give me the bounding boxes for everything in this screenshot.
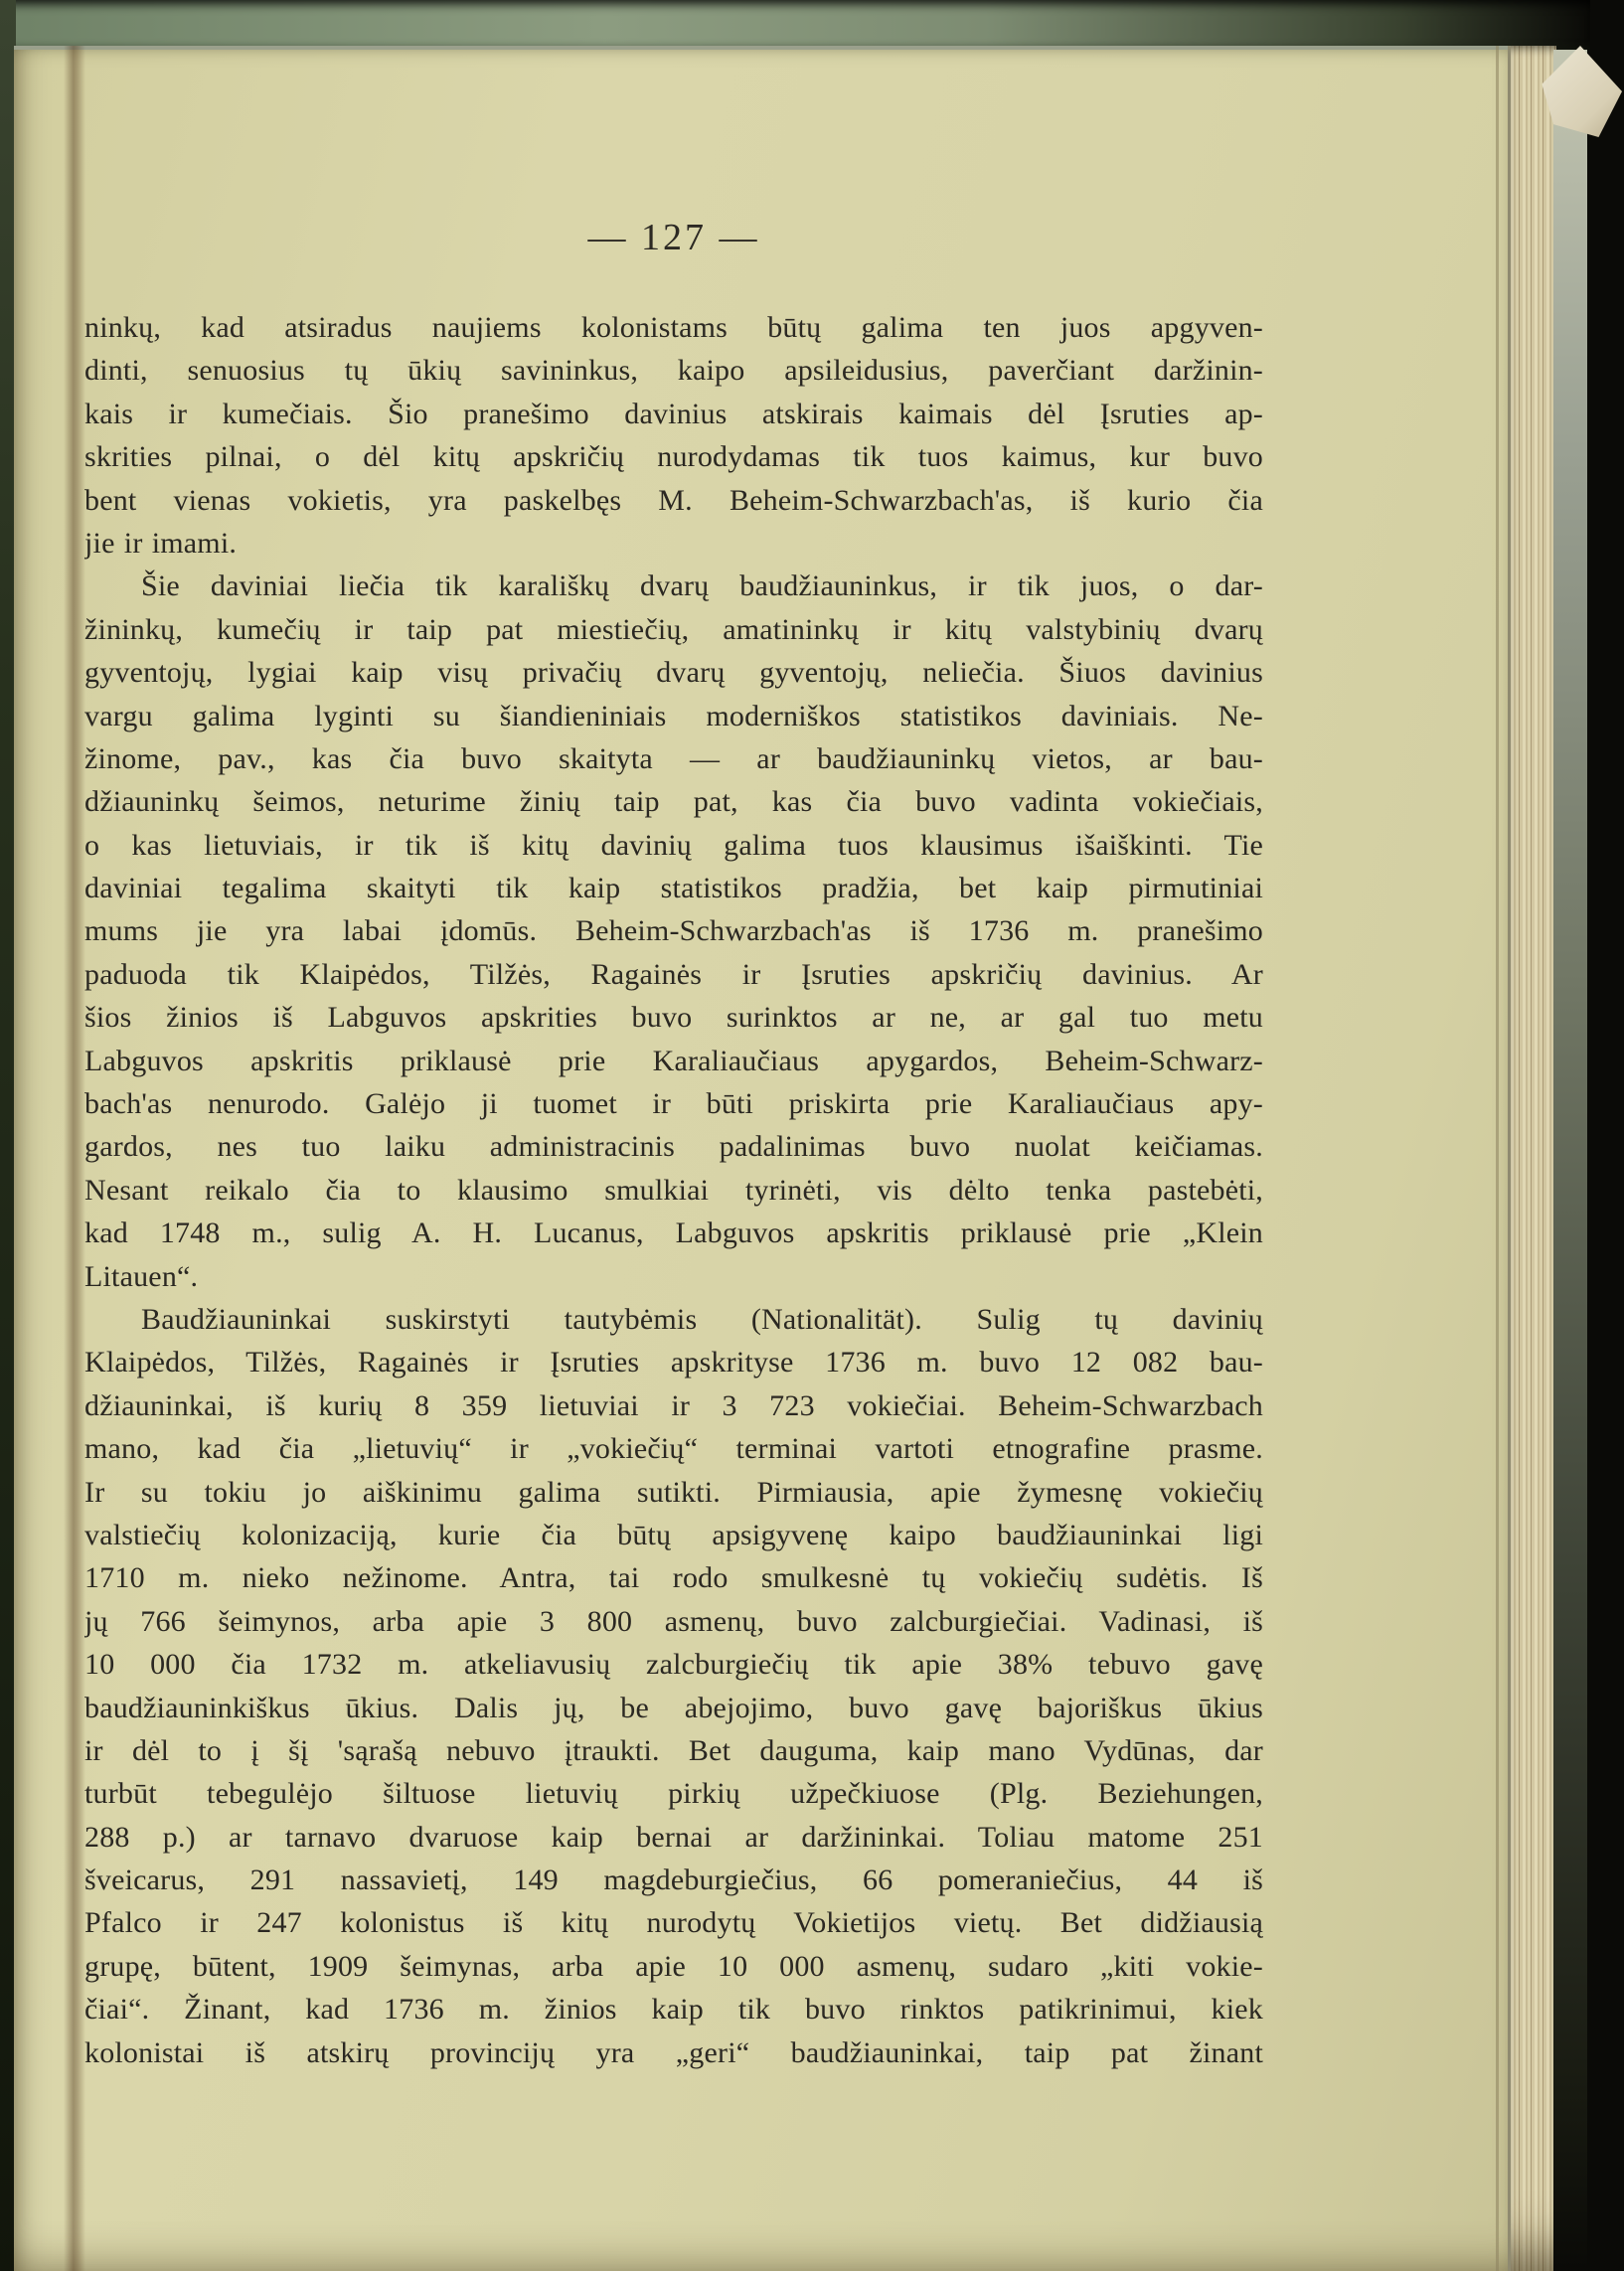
page-curve-line <box>1496 46 1499 2271</box>
text-line: ir dėl to į šį 'sąrašą nebuvo įtraukti. … <box>84 1729 1263 1772</box>
text-line: mano, kad čia „lietuvių“ ir „vokiečių“ t… <box>84 1427 1263 1470</box>
text-line: gyventojų, lygiai kaip visų privačių dva… <box>84 651 1263 694</box>
page-number: — 127 — <box>84 215 1263 260</box>
text-line: ninkų, kad atsiradus naujiems kolonistam… <box>84 306 1263 349</box>
gutter-shadow <box>64 46 85 2271</box>
text-line: Litauen“. <box>84 1255 1263 1298</box>
text-line: Labguvos apskritis priklausė prie Karali… <box>84 1040 1263 1082</box>
text-line: jie ir imami. <box>84 522 1263 565</box>
paragraph-2: Šie daviniai liečia tik karališkų dvarų … <box>84 565 1263 1298</box>
text-line: Šie daviniai liečia tik karališkų dvarų … <box>84 565 1263 607</box>
book-page: — 127 — ninkų, kad atsiradus naujiems ko… <box>14 46 1508 2271</box>
text-line: mums jie yra labai įdomūs. Beheim-Schwar… <box>84 909 1263 952</box>
text-line: Klaipėdos, Tilžės, Ragainės ir Įsruties … <box>84 1341 1263 1383</box>
text-line: kais ir kumečiais. Šio pranešimo daviniu… <box>84 393 1263 435</box>
text-line: valstiečių kolonizaciją, kurie čia būtų … <box>84 1514 1263 1556</box>
text-line: šios žinios iš Labguvos apskrities buvo … <box>84 996 1263 1039</box>
text-line: Pfalco ir 247 kolonistus iš kitų nurodyt… <box>84 1901 1263 1944</box>
text-line: kad 1748 m., sulig A. H. Lucanus, Labguv… <box>84 1212 1263 1254</box>
text-line: 288 p.) ar tarnavo dvaruose kaip bernai … <box>84 1816 1263 1859</box>
text-line: o kas lietuviais, ir tik iš kitų davinių… <box>84 824 1263 867</box>
book-cover-top-edge <box>0 0 1590 50</box>
text-line: paduoda tik Klaipėdos, Tilžės, Ragainės … <box>84 953 1263 996</box>
text-line: žininkų, kumečių ir taip pat miestiečių,… <box>84 608 1263 651</box>
book-scan: — 127 — ninkų, kad atsiradus naujiems ko… <box>0 0 1624 2271</box>
text-line: bent vienas vokietis, yra paskelbęs M. B… <box>84 479 1263 522</box>
text-line: kolonistai iš atskirų provincijų yra „ge… <box>84 2031 1263 2074</box>
text-line: Nesant reikalo čia to klausimo smulkiai … <box>84 1169 1263 1212</box>
text-line: 1710 m. nieko nežinome. Antra, tai rodo … <box>84 1556 1263 1599</box>
text-line: dinti, senuosius tų ūkių savininkus, kai… <box>84 349 1263 392</box>
text-line: skrities pilnai, o dėl kitų apskričių nu… <box>84 435 1263 478</box>
page-text: ninkų, kad atsiradus naujiems kolonistam… <box>84 306 1263 2074</box>
text-line: Ir su tokiu jo aiškinimu galima sutikti.… <box>84 1471 1263 1514</box>
text-line: gardos, nes tuo laiku administracinis pa… <box>84 1125 1263 1168</box>
text-line: čiai“. Žinant, kad 1736 m. žinios kaip t… <box>84 1988 1263 2030</box>
text-line: šveicarus, 291 nassavietį, 149 magdeburg… <box>84 1859 1263 1901</box>
text-line: bach'as nenurodo. Galėjo ji tuomet ir bū… <box>84 1082 1263 1125</box>
book-cover-right-edge <box>1553 50 1587 2271</box>
text-line: baudžiauninkiškus ūkius. Dalis jų, be ab… <box>84 1687 1263 1729</box>
text-line: daviniai tegalima skaityti tik kaip stat… <box>84 867 1263 909</box>
text-line: grupę, būtent, 1909 šeimynas, arba apie … <box>84 1945 1263 1988</box>
paragraph-1: ninkų, kad atsiradus naujiems kolonistam… <box>84 306 1263 565</box>
text-line: turbūt tebegulėjo šiltuose lietuvių pirk… <box>84 1772 1263 1815</box>
text-line: jų 766 šeimynos, arba apie 3 800 asmenų,… <box>84 1600 1263 1643</box>
text-line: 10 000 čia 1732 m. atkeliavusių zalcburg… <box>84 1643 1263 1686</box>
book-fore-edge-pages <box>1508 46 1556 2271</box>
text-line: Baudžiauninkai suskirstyti tautybėmis (N… <box>84 1298 1263 1341</box>
text-line: vargu galima lyginti su šiandieniniais m… <box>84 695 1263 737</box>
text-line: džiauninkai, iš kurių 8 359 lietuviai ir… <box>84 1384 1263 1427</box>
text-line: džiauninkų šeimos, neturime žinių taip p… <box>84 780 1263 823</box>
text-line: žinome, pav., kas čia buvo skaityta — ar… <box>84 737 1263 780</box>
paragraph-3: Baudžiauninkai suskirstyti tautybėmis (N… <box>84 1298 1263 2074</box>
